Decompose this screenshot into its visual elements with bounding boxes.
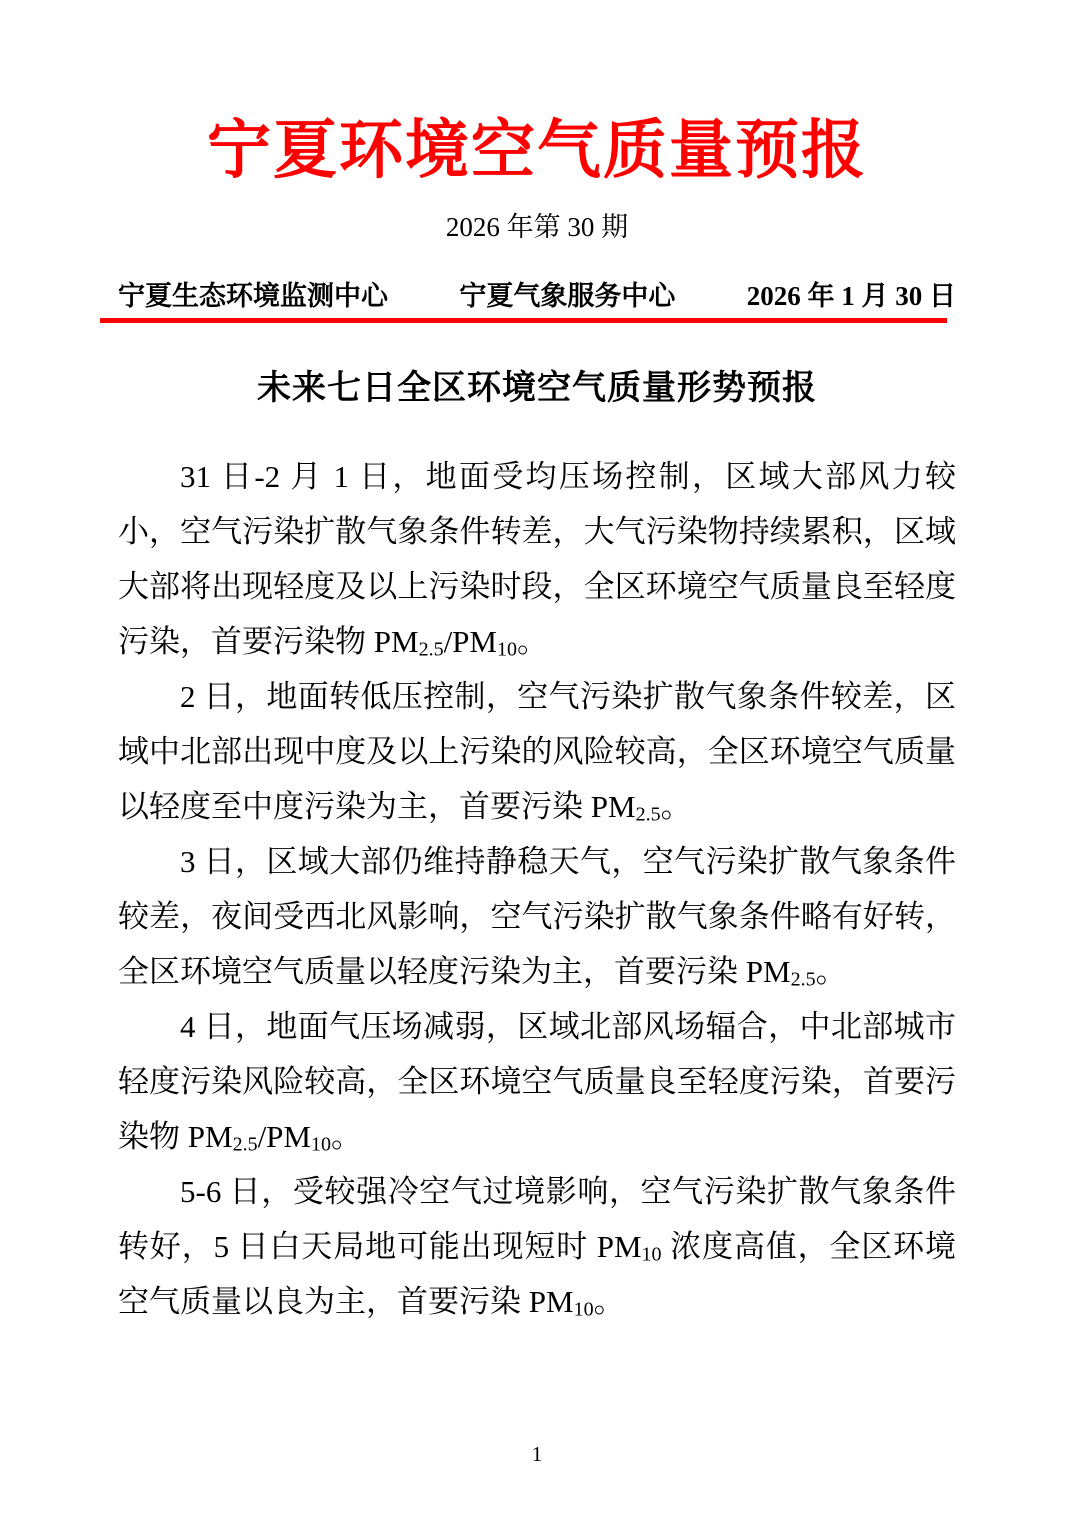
pollutant-subscript: 2.5: [419, 639, 444, 661]
document-title: 宁夏环境空气质量预报: [118, 112, 956, 190]
forecast-body: 31 日-2 月 1 日，地面受均压场控制，区域大部风力较小，空气污染扩散气象条…: [118, 449, 956, 1329]
red-divider-rule: [100, 318, 947, 323]
forecast-paragraph: 2 日，地面转低压控制，空气污染扩散气象条件较差，区域中北部出现中度及以上污染的…: [118, 669, 956, 834]
document-page: 宁夏环境空气质量预报 2026 年第 30 期 宁夏生态环境监测中心 宁夏气象服…: [0, 0, 1074, 1520]
issue-line: 2026 年第 30 期: [118, 210, 956, 244]
pollutant-subscript: 10: [497, 639, 517, 661]
pollutant-subscript: 10: [574, 1299, 594, 1321]
pollutant-subscript: 10: [642, 1244, 662, 1266]
pollutant-subscript: 2.5: [636, 804, 661, 826]
agency-left-label: 宁夏生态环境监测中心: [118, 280, 388, 313]
pollutant-subscript: 2.5: [791, 969, 816, 991]
agency-right-label: 宁夏气象服务中心: [459, 280, 675, 313]
section-title: 未来七日全区环境空气质量形势预报: [118, 367, 956, 409]
page-number: 1: [0, 1444, 1074, 1465]
pollutant-subscript: 2.5: [233, 1134, 258, 1156]
masthead: 宁夏生态环境监测中心 宁夏气象服务中心 2026 年 1 月 30 日: [118, 280, 956, 313]
issue-date: 2026 年 1 月 30 日: [747, 280, 956, 313]
forecast-paragraph: 31 日-2 月 1 日，地面受均压场控制，区域大部风力较小，空气污染扩散气象条…: [118, 449, 956, 669]
forecast-paragraph: 3 日，区域大部仍维持静稳天气，空气污染扩散气象条件较差，夜间受西北风影响，空气…: [118, 834, 956, 999]
pollutant-subscript: 10: [311, 1134, 331, 1156]
forecast-paragraph: 4 日，地面气压场减弱，区域北部风场辐合，中北部城市轻度污染风险较高，全区环境空…: [118, 999, 956, 1164]
forecast-paragraph: 5-6 日，受较强冷空气过境影响，空气污染扩散气象条件转好，5 日白天局地可能出…: [118, 1164, 956, 1329]
